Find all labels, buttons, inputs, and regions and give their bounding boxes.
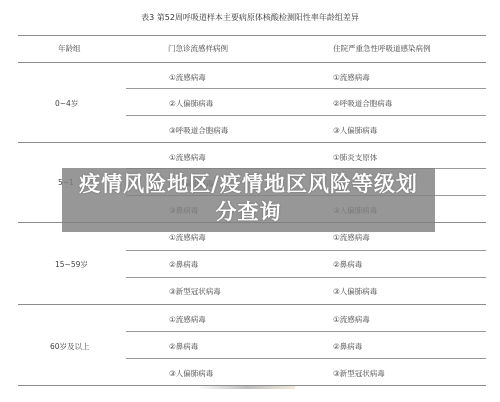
table-top-rule [18,35,486,36]
header-rule [18,62,486,63]
cell-g2-r2-outpatient: ③新型冠状病毒 [169,286,221,297]
cell-g0-r2-inpatient: ③人偏肺病毒 [333,125,377,136]
cell-g1-r0-inpatient: ①肺炎支原体 [333,152,377,163]
cell-g2-r1-outpatient: ②鼻病毒 [169,259,198,270]
cell-g2-r0-inpatient: ①流感病毒 [333,232,370,243]
cell-g3-r0-inpatient: ①流感病毒 [333,314,370,325]
table-caption: 表3 第52周呼吸道样本主要病原体核酸检测阳性率年龄组差异 [0,12,500,23]
cell-g3-r0-outpatient: ①流感病毒 [169,314,206,325]
cell-g2-r0-outpatient: ①流感病毒 [169,232,206,243]
row-divider [126,358,486,359]
row-divider [126,115,486,116]
overlay-title-line-2: 分查询 [62,198,435,226]
cell-g2-r1-inpatient: ②鼻病毒 [333,259,362,270]
row-divider [126,250,486,251]
cell-g3-r1-outpatient: ②鼻病毒 [169,341,198,352]
row-divider [126,331,486,332]
cell-g3-r2-inpatient: ③新型冠状病毒 [333,368,385,379]
age-group-0-4: 0~4岁 [55,98,78,109]
group-rule [18,304,486,305]
header-age-group: 年龄组 [58,43,81,54]
row-divider [126,88,486,89]
header-inpatient-sari: 住院严重急性呼吸道感染病例 [333,43,431,54]
age-group-15-59: 15~59岁 [55,259,88,270]
cell-g3-r2-outpatient: ③人偏肺病毒 [169,368,213,379]
cell-g0-r0-inpatient: ①流感病毒 [333,72,370,83]
age-group-60-plus: 60岁及以上 [50,341,90,352]
group-rule [18,142,486,143]
header-outpatient-ili: 门急诊流感样病例 [168,43,228,54]
cell-g0-r1-inpatient: ②呼吸道合胞病毒 [333,98,392,109]
cell-g1-r0-outpatient: ①流感病毒 [169,152,206,163]
row-divider [126,277,486,278]
overlay-title-line-1: 疫情风险地区/疫情地区风险等级划 [62,170,435,198]
cell-g3-r1-inpatient: ②鼻病毒 [333,341,362,352]
cell-g2-r2-inpatient: ③人偏肺病毒 [333,286,377,297]
cell-g0-r1-outpatient: ②人偏肺病毒 [169,98,213,109]
cell-g0-r0-outpatient: ①流感病毒 [169,72,206,83]
image-artifact [200,386,295,389]
overlay-title: 疫情风险地区/疫情地区风险等级划 分查询 [62,170,435,226]
cell-g0-r2-outpatient: ③呼吸道合胞病毒 [169,125,228,136]
